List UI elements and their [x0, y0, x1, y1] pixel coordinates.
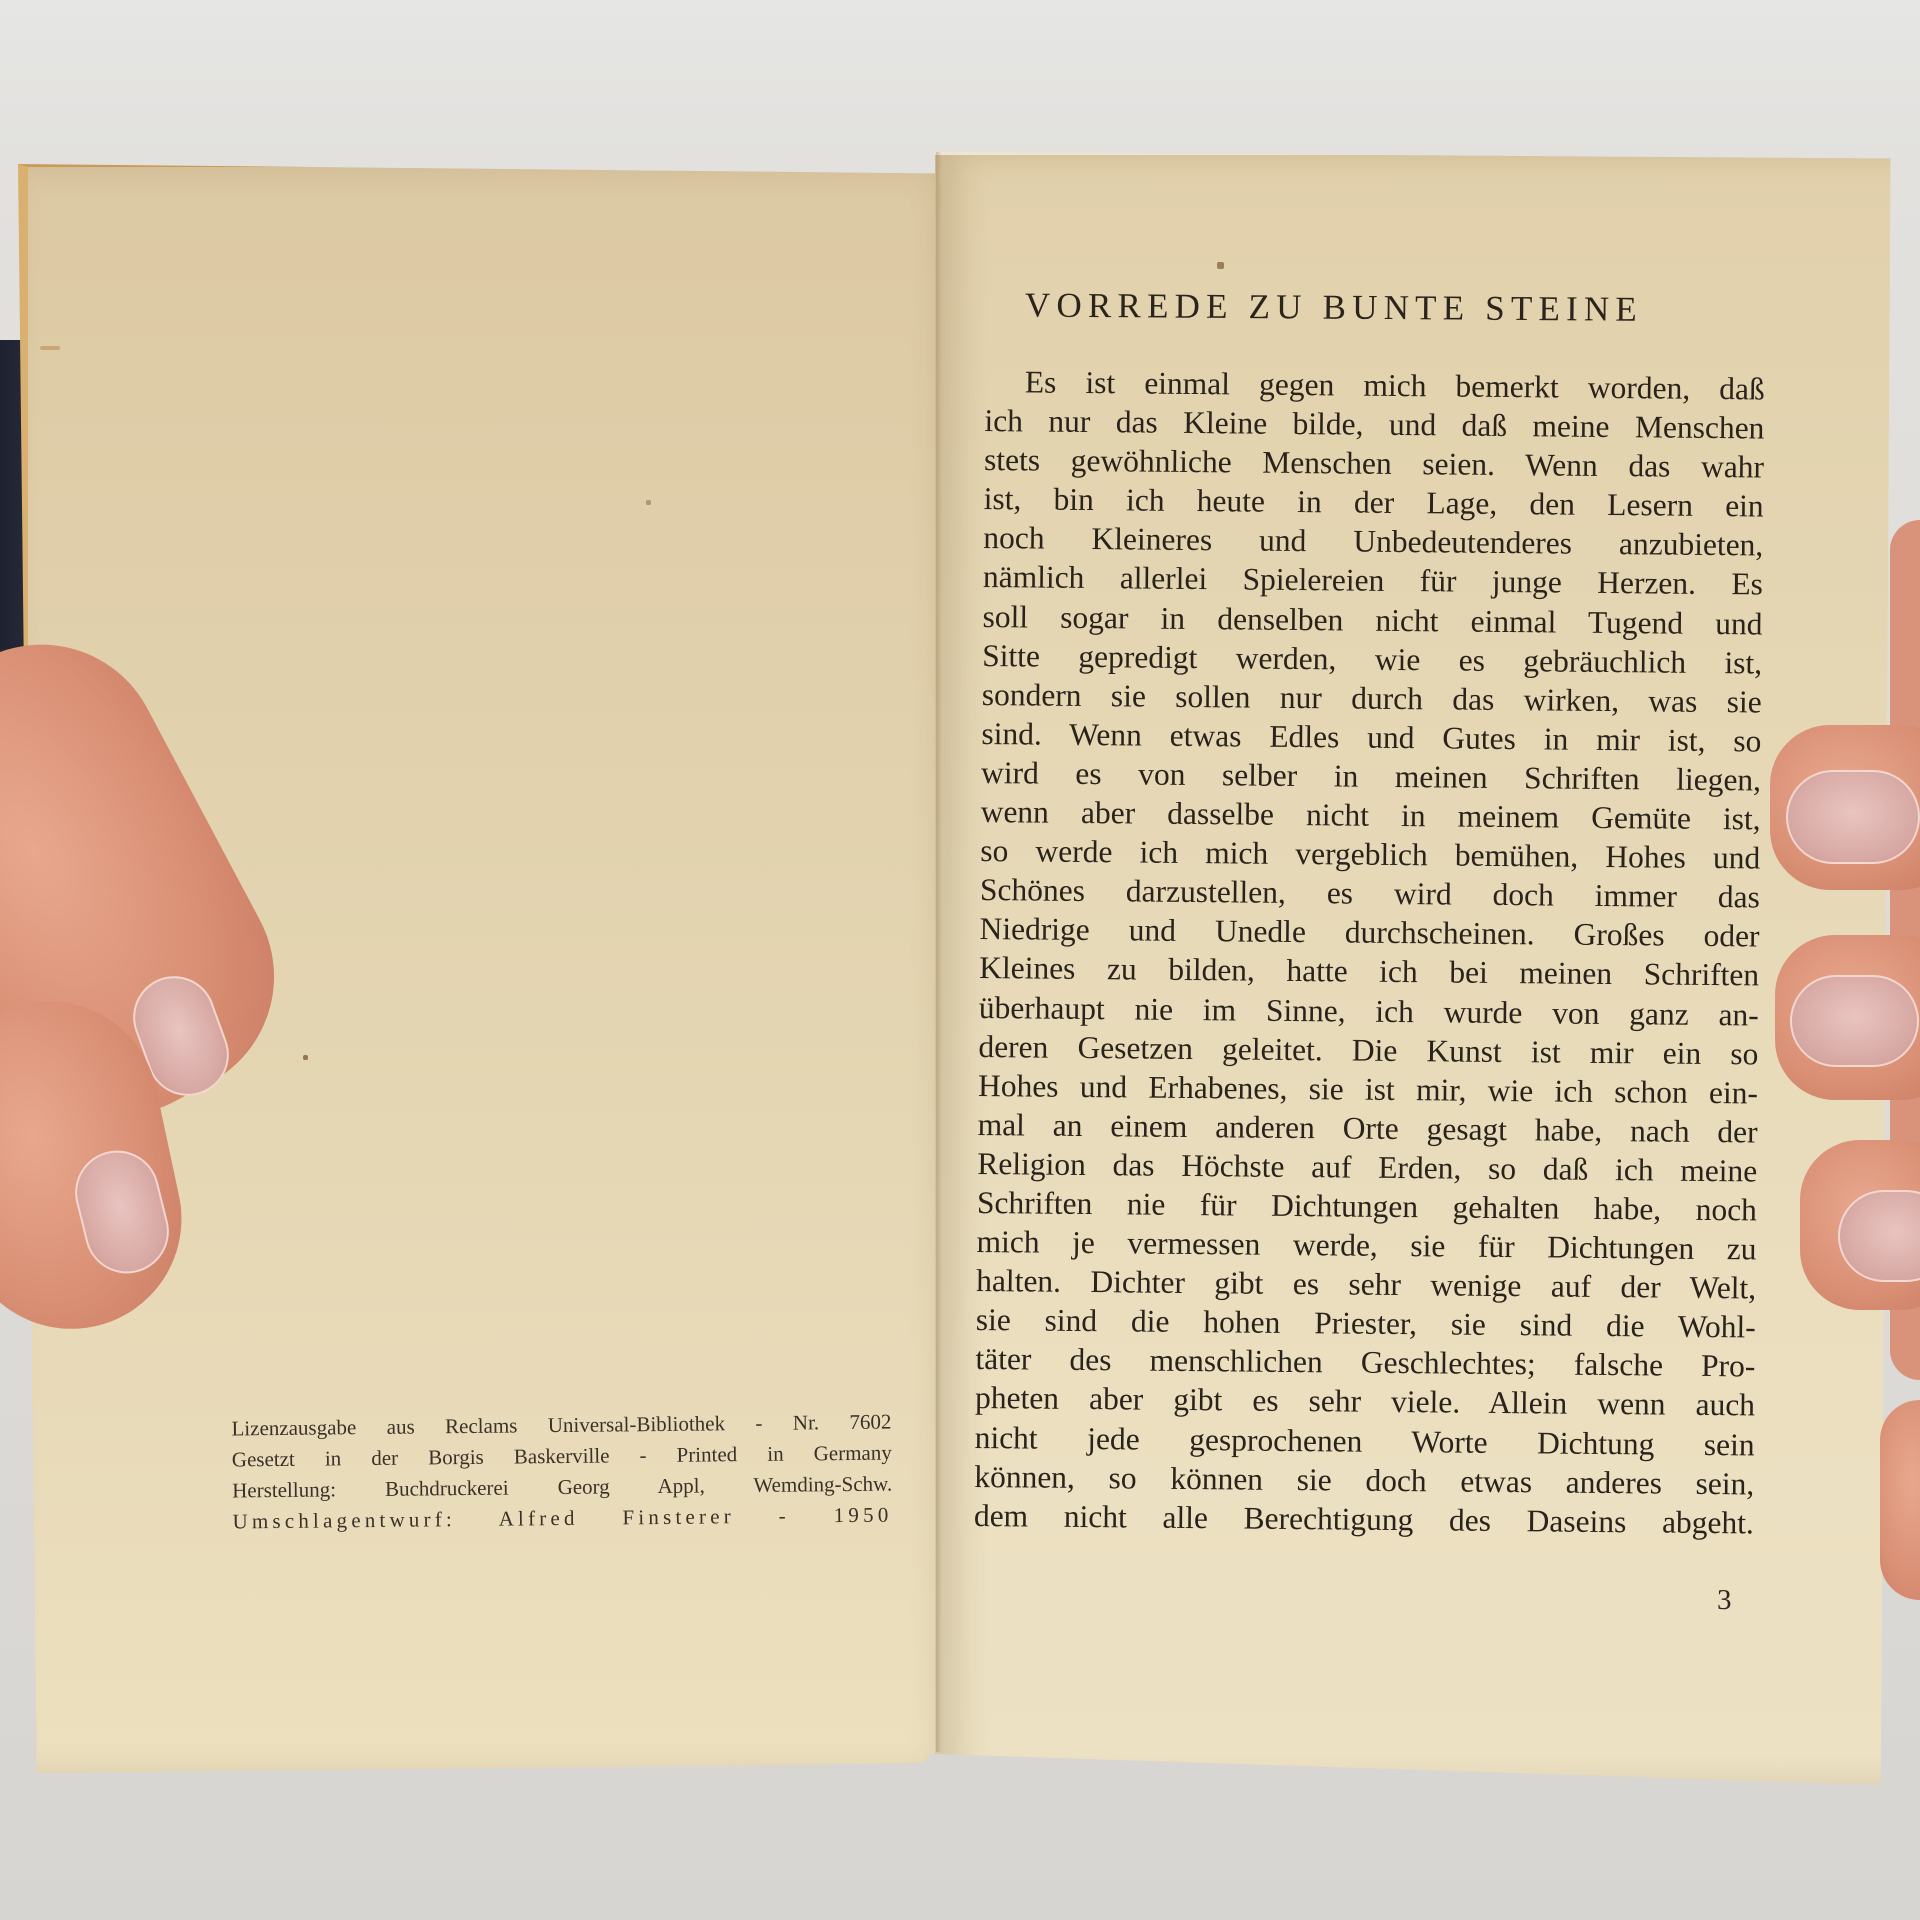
right-index-nail — [1786, 770, 1920, 864]
imprint-block: Lizenzausgabe aus Reclams Universal-Bibl… — [231, 1407, 892, 1538]
paper-fleck — [303, 1055, 308, 1060]
paper-fleck — [646, 500, 651, 505]
right-pinky — [1880, 1400, 1920, 1600]
text-line: pheten aber gibt es sehr viele. Allein w… — [975, 1378, 1755, 1425]
paper-fleck — [1217, 262, 1224, 269]
text-line: überhaupt nie im Sinne, ich wurde von ga… — [979, 987, 1759, 1034]
right-middle-nail — [1790, 975, 1919, 1067]
book-gutter — [936, 152, 942, 1752]
right-ring-nail — [1838, 1190, 1920, 1282]
paper-fleck — [40, 346, 60, 350]
text-line: dem nicht alle Berechtigung des Daseins … — [974, 1496, 1754, 1543]
chapter-title: VORREDE ZU BUNTE STEINE — [1025, 286, 1735, 331]
page-number: 3 — [1717, 1584, 1732, 1617]
text-line: Kleines zu bilden, hatte ich bei meinen … — [979, 948, 1759, 995]
body-text: Es ist einmal gegen mich bemerkt worden,… — [974, 362, 1765, 1542]
text-line: nämlich allerlei Spielereien für junge H… — [983, 557, 1763, 604]
open-book: Lizenzausgabe aus Reclams Universal-Bibl… — [0, 0, 1920, 1920]
